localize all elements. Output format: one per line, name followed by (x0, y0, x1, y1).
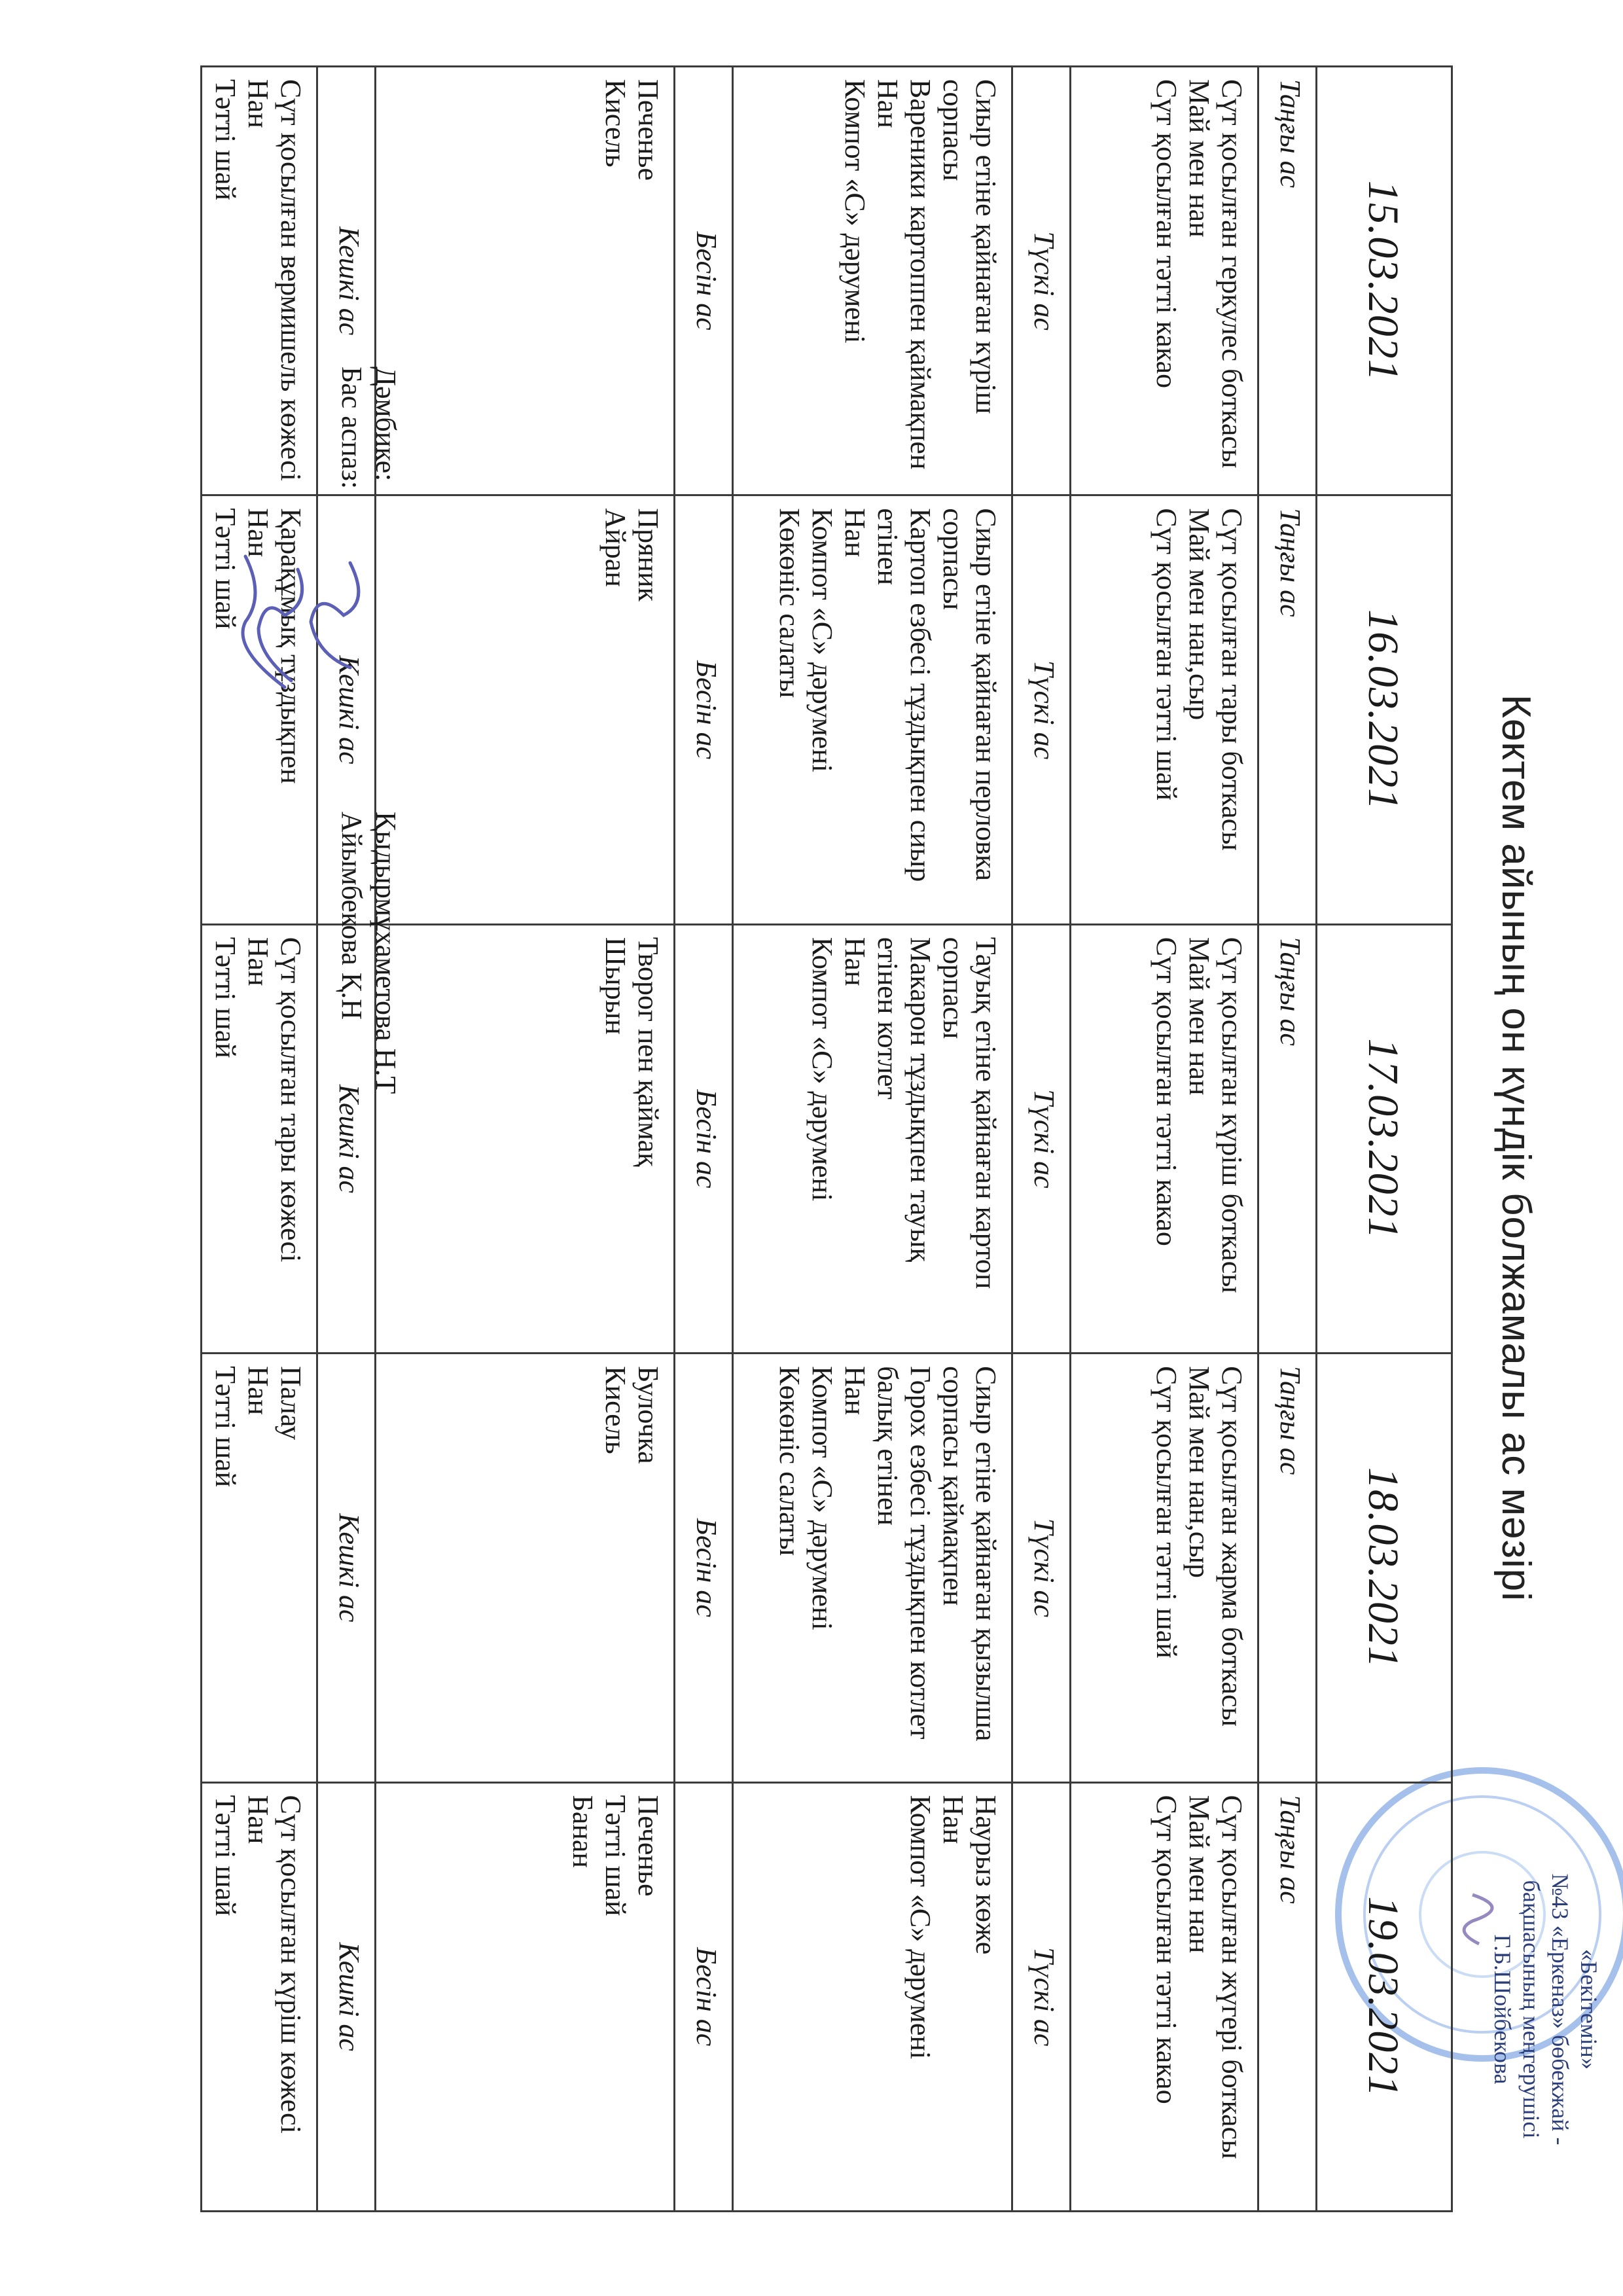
signature-row: Бас аспаз: Айымбекова Қ.Н (334, 367, 368, 1094)
meal-items-row-dinner: Сүт қосылған вермишель көжесіНанТәтті ша… (202, 67, 317, 2212)
meal-label-snack: Бесін ас (690, 508, 722, 911)
meal-items-row-lunch: Сиыр етіне қайнаған күріш сорпасыВареник… (733, 67, 1012, 2212)
menu-cell: Наурыз көжеНанКомпот «С» дәрумені (733, 1782, 1012, 2211)
menu-cell: Сүт қосылған күріш көжесіНанТәтті шай (202, 1782, 317, 2211)
dish-item: Тауық етіне қайнаған картоп сорпасы (936, 937, 1002, 1340)
dish-item: Кисель (599, 1366, 632, 1769)
menu-cell: ПряникАйран (376, 495, 675, 924)
dish-list: Сүт қосылған жарма боткасыМай мен нан,сы… (1150, 1366, 1248, 1769)
dish-item: Сиыр етіне қайнаған қызылша сорпасы қайм… (936, 1366, 1002, 1769)
menu-cell: Сүт қосылған тары көжесіНанТәтті шай (202, 924, 317, 1353)
dish-item: Тәтті шай (209, 1795, 241, 2198)
dish-item: Нан (241, 1366, 274, 1769)
menu-cell: ПалауНанТәтті шай (202, 1354, 317, 1782)
dish-item: Шырын (599, 937, 632, 1340)
dish-item: Май мен нан,сыр (1183, 508, 1215, 911)
dish-item: Нан (838, 508, 871, 911)
dish-item: Сүт қосылған вермишель көжесі (274, 79, 307, 482)
dish-item: Сүт қосылған жарма боткасы (1215, 1366, 1248, 1769)
dish-list: Наурыз көжеНанКомпот «С» дәрумені (904, 1795, 1002, 2198)
dish-item: Нан (871, 79, 904, 482)
dish-list: Сиыр етіне қайнаған перловка сорпасыКарт… (773, 508, 1002, 911)
menu-cell: Сиыр етіне қайнаған күріш сорпасыВареник… (733, 67, 1012, 495)
dish-item: Картоп езбесі тұздықпен сиыр етінен (871, 508, 936, 911)
dish-list: Сиыр етіне қайнаған қызылша сорпасы қайм… (773, 1366, 1002, 1769)
dish-item: Сүт қосылған тәтті какао (1150, 937, 1183, 1340)
meal-label-breakfast: Таңғы ас (1274, 508, 1306, 617)
dish-item: Сүт қосылған тәтті шай (1150, 1366, 1183, 1769)
menu-cell: Сүт қосылған жүгері боткасыМай мен нанСү… (1071, 1782, 1258, 2211)
dish-item: Май мен нан,сыр (1183, 1366, 1215, 1769)
dish-item: Нан (241, 79, 274, 482)
menu-cell: Сүт қосылған геркулес боткасыМай мен нан… (1071, 67, 1258, 495)
menu-cell: ПеченьеКисель (376, 67, 675, 495)
dish-item: Нан (936, 1795, 969, 2198)
meal-label-cell: Бесін ас (675, 1354, 733, 1782)
meal-label-cell: Бесін ас (675, 67, 733, 495)
dish-item: Көкөніс салаты (773, 508, 806, 911)
dish-list: ПалауНанТәтті шай (209, 1366, 307, 1769)
meal-label-cell: Кешкі ас (317, 1782, 376, 2211)
dish-item: Творог пен қаймақ (632, 937, 664, 1340)
dish-list: Сүт қосылған геркулес боткасыМай мен нан… (1150, 79, 1248, 482)
meal-label-cell: Таңғы ас (1258, 67, 1317, 495)
dish-item: Сүт қосылған тары боткасы (1215, 508, 1248, 911)
dish-list: ПряникАйран (599, 508, 664, 911)
menu-cell: Сүт қосылған вермишель көжесіНанТәтті ша… (202, 67, 317, 495)
dish-item: Тәтті шай (209, 79, 241, 482)
date-header: 15.03.2021 (1317, 67, 1452, 495)
dish-list: Тауық етіне қайнаған картоп сорпасыМакар… (806, 937, 1002, 1340)
dish-item: Компот «С» дәрумені (806, 937, 838, 1340)
dish-item: Сүт қосылған күріш көжесі (274, 1795, 307, 2198)
menu-document: «Бекітемін» №43 «Еркеназ» бөбекжай - бақ… (0, 0, 1623, 2296)
dish-item: Банан (566, 1795, 599, 2198)
dish-list: Сүт қосылған вермишель көжесіНанТәтті ша… (209, 79, 307, 482)
dish-item: Сүт қосылған тары көжесі (274, 937, 307, 1340)
menu-cell: Сүт қосылған күріш боткасыМай мен нанСүт… (1071, 924, 1258, 1353)
meal-label-breakfast: Таңғы ас (1274, 937, 1306, 1046)
meal-label-lunch: Түскі ас (1027, 937, 1060, 1340)
dish-item: Печенье (632, 79, 664, 482)
menu-cell: Сүт қосылған тары боткасыМай мен нан,сыр… (1071, 495, 1258, 924)
meal-label-cell: Кешкі ас (317, 1354, 376, 1782)
menu-cell: БулочкаКисель (376, 1354, 675, 1782)
dish-list: Сүт қосылған жүгері боткасыМай мен нанСү… (1150, 1795, 1248, 2198)
dish-item: Кисель (599, 79, 632, 482)
signature-name: Қыдырмұхаметова Н.Т (368, 812, 402, 1094)
dish-item: Айран (599, 508, 632, 911)
dish-item: Палау (274, 1366, 307, 1769)
dish-list: Сүт қосылған күріш боткасыМай мен нанСүт… (1150, 937, 1248, 1340)
dish-item: Компот «С» дәрумені (806, 1366, 838, 1769)
dish-item: Горох езбесі тұздықпен котлет балық етін… (871, 1366, 936, 1769)
dish-item: Май мен нан (1183, 1795, 1215, 2198)
menu-cell: Сиыр етіне қайнаған қызылша сорпасы қайм… (733, 1354, 1012, 1782)
dish-item: Тәтті шай (599, 1795, 632, 2198)
dish-item: Көкөніс салаты (773, 1366, 806, 1769)
menu-cell: Сүт қосылған жарма боткасыМай мен нан,сы… (1071, 1354, 1258, 1782)
meal-label-cell: Түскі ас (1012, 924, 1071, 1353)
signature-name: Айымбекова Қ.Н (334, 812, 368, 1020)
meal-label-snack: Бесін ас (690, 1795, 722, 2198)
meal-label-breakfast: Таңғы ас (1274, 79, 1306, 188)
dish-item: Тәтті шай (209, 1366, 241, 1769)
meal-label-breakfast: Таңғы ас (1274, 1366, 1306, 1475)
dish-item: Пряник (632, 508, 664, 911)
meal-label-snack: Бесін ас (690, 937, 722, 1340)
dish-item: Наурыз көже (969, 1795, 1002, 2198)
date-header: 19.03.2021 (1317, 1782, 1452, 2211)
dish-item: Сүт қосылған тәтті шай (1150, 508, 1183, 911)
dish-item: Вареники картоппен қаймақпен (904, 79, 936, 482)
dish-list: Творог пен қаймақШырын (599, 937, 664, 1340)
dish-item: Макарон тұздықпен тауық етінен котлет (871, 937, 936, 1340)
date-header: 16.03.2021 (1317, 495, 1452, 924)
meal-label-lunch: Түскі ас (1027, 508, 1060, 911)
meal-label-row-lunch: Түскі асТүскі асТүскі асТүскі асТүскі ас (1012, 67, 1071, 2212)
date-header-row: 15.03.202116.03.202117.03.202118.03.2021… (1317, 67, 1452, 2212)
dish-item: Май мен нан (1183, 79, 1215, 482)
dish-item: Нан (838, 1366, 871, 1769)
menu-cell: Сиыр етіне қайнаған перловка сорпасыКарт… (733, 495, 1012, 924)
signature-block: Дәмбике: Қыдырмұхаметова Н.Т Бас аспаз: … (334, 367, 402, 1094)
meal-label-dinner: Кешкі ас (332, 1366, 365, 1769)
meal-label-cell: Бесін ас (675, 924, 733, 1353)
menu-cell: ПеченьеТәтті шайБанан (376, 1782, 675, 2211)
menu-cell: Творог пен қаймақШырын (376, 924, 675, 1353)
dish-list: Сүт қосылған тары көжесіНанТәтті шай (209, 937, 307, 1340)
meal-label-cell: Түскі ас (1012, 67, 1071, 495)
dish-item: Нан (838, 937, 871, 1340)
meal-label-snack: Бесін ас (690, 79, 722, 482)
dish-item: Сиыр етіне қайнаған перловка сорпасы (936, 508, 1002, 911)
dish-list: Сиыр етіне қайнаған күріш сорпасыВареник… (838, 79, 1002, 482)
handwritten-signature-icon (219, 543, 376, 707)
date-header: 18.03.2021 (1317, 1354, 1452, 1782)
dish-list: ПеченьеТәтті шайБанан (566, 1795, 664, 2198)
meal-label-breakfast: Таңғы ас (1274, 1795, 1306, 1904)
signature-row: Дәмбике: Қыдырмұхаметова Н.Т (368, 367, 402, 1094)
dish-list: ПеченьеКисель (599, 79, 664, 482)
meal-label-cell: Бесін ас (675, 1782, 733, 2211)
dish-item: Нан (241, 937, 274, 1340)
meal-label-row-breakfast: Таңғы асТаңғы асТаңғы асТаңғы асТаңғы ас (1258, 67, 1317, 2212)
dish-item: Сүт қосылған тәтті какао (1150, 1795, 1183, 2198)
meal-label-cell: Таңғы ас (1258, 924, 1317, 1353)
dish-item: Компот «С» дәрумені (806, 508, 838, 911)
dish-item: Нан (241, 1795, 274, 2198)
meal-label-cell: Таңғы ас (1258, 1782, 1317, 2211)
meal-label-cell: Таңғы ас (1258, 1354, 1317, 1782)
dish-item: Сүт қосылған күріш боткасы (1215, 937, 1248, 1340)
date-header: 17.03.2021 (1317, 924, 1452, 1353)
dish-item: Сүт қосылған тәтті какао (1150, 79, 1183, 482)
meal-label-cell: Түскі ас (1012, 1354, 1071, 1782)
meal-label-lunch: Түскі ас (1027, 1366, 1060, 1769)
dish-item: Сиыр етіне қайнаған күріш сорпасы (936, 79, 1002, 482)
meal-label-lunch: Түскі ас (1027, 79, 1060, 482)
dish-list: Сүт қосылған күріш көжесіНанТәтті шай (209, 1795, 307, 2198)
dish-item: Май мен нан (1183, 937, 1215, 1340)
dish-list: Сүт қосылған тары боткасыМай мен нан,сыр… (1150, 508, 1248, 911)
meal-items-row-snack: ПеченьеКисельПряникАйранТворог пен қайма… (376, 67, 675, 2212)
dish-item: Булочка (632, 1366, 664, 1769)
page-title: Көктем айының он күндік болжамалы ас мәз… (1493, 0, 1539, 2296)
meal-label-row-snack: Бесін асБесін асБесін асБесін асБесін ас (675, 67, 733, 2212)
meal-label-cell: Түскі ас (1012, 495, 1071, 924)
meal-label-cell: Бесін ас (675, 495, 733, 924)
dish-item: Компот «С» дәрумені (838, 79, 871, 482)
dish-item: Компот «С» дәрумені (904, 1795, 936, 2198)
dish-item: Печенье (632, 1795, 664, 2198)
menu-cell: Тауық етіне қайнаған картоп сорпасыМакар… (733, 924, 1012, 1353)
dish-item: Сүт қосылған геркулес боткасы (1215, 79, 1248, 482)
meal-label-cell: Түскі ас (1012, 1782, 1071, 2211)
dish-list: БулочкаКисель (599, 1366, 664, 1769)
meal-label-dinner: Кешкі ас (332, 1795, 365, 2198)
meal-label-cell: Таңғы ас (1258, 495, 1317, 924)
stamp-line: «Бекітемін» (1575, 1806, 1603, 2212)
meal-label-lunch: Түскі ас (1027, 1795, 1060, 2198)
dish-item: Тәтті шай (209, 937, 241, 1340)
meal-label-snack: Бесін ас (690, 1366, 722, 1769)
stamp-line: №43 «Еркеназ» бөбекжай - (1546, 1806, 1575, 2212)
dish-item: Сүт қосылған жүгері боткасы (1215, 1795, 1248, 2198)
meal-items-row-breakfast: Сүт қосылған геркулес боткасыМай мен нан… (1071, 67, 1258, 2212)
